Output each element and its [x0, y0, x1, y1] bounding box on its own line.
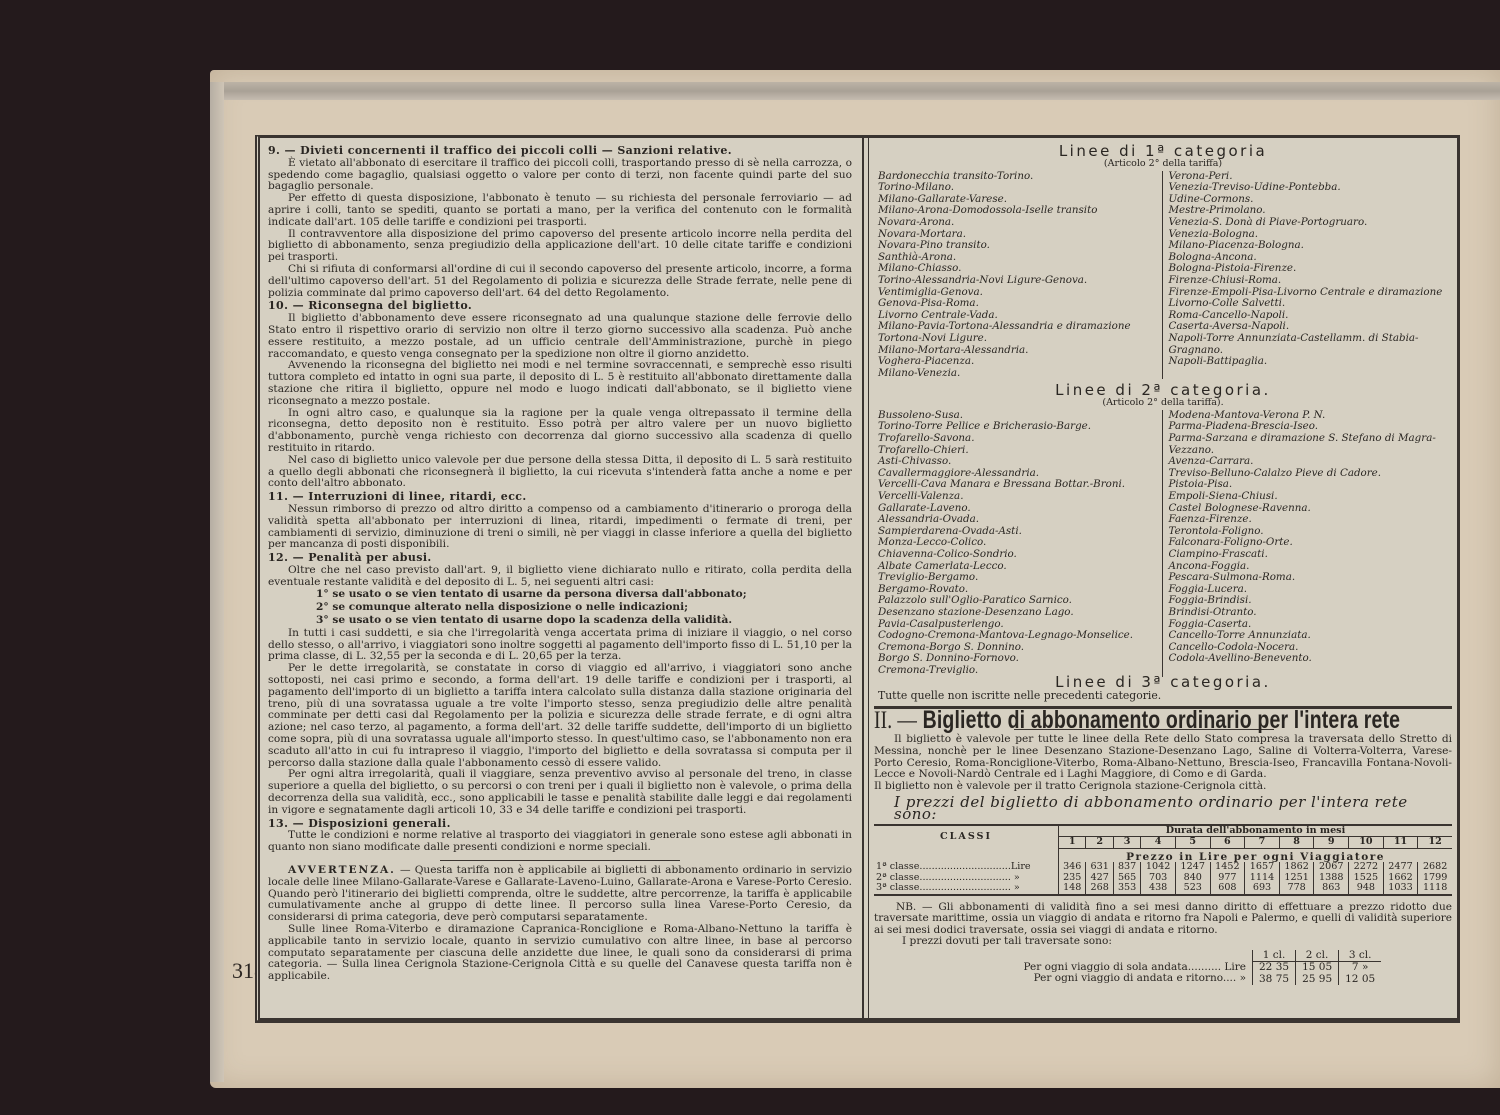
paragraph: Il biglietto non è valevole per il tratt…: [874, 781, 1452, 793]
section-10: 10. — Riconsegna del biglietto. Il bigli…: [268, 300, 852, 490]
prices-intro: I prezzi del biglietto di abbonamento or…: [894, 797, 1452, 821]
col-header: 1 cl.: [1253, 950, 1296, 962]
paragraph: Il biglietto è valevole per tutte le lin…: [874, 734, 1452, 781]
line-route: Torino-Alessandria-Novi Ligure-Genova.: [878, 275, 1162, 287]
price-subheader: Prezzo in Lire per ogni Viaggiatore: [1059, 848, 1453, 862]
price-cell: 523: [1175, 883, 1210, 895]
line-route: Codogno-Cremona-Mantova-Legnago-Monselic…: [878, 630, 1162, 642]
line-route: Codola-Avellino-Benevento.: [1169, 653, 1453, 665]
line-route: Novara-Arona.: [878, 217, 1162, 229]
month-header: 3: [1113, 837, 1140, 849]
paragraph: In tutti i casi suddetti, e sia che l'ir…: [268, 628, 852, 663]
traversate-prices: Per ogni viaggio di sola andata.........…: [874, 950, 1452, 985]
lines-list: Bussoleno-Susa.Torino-Torre Pellice e Br…: [874, 410, 1452, 677]
paragraph: Oltre che nel caso previsto dall'art. 9,…: [268, 565, 852, 589]
month-header: 4: [1141, 837, 1176, 849]
paragraph: Per effetto di questa disposizione, l'ab…: [268, 193, 852, 228]
paragraph: Sulle linee Roma-Viterbo e diramazione C…: [268, 924, 852, 983]
section-title: 11. — Interruzioni di linee, ritardi, ec…: [268, 491, 852, 503]
price-cell: 38 75: [1253, 974, 1296, 985]
line-route: Brindisi-Otranto.: [1169, 607, 1453, 619]
paragraph: In ogni altro caso, e qualunque sia la r…: [268, 408, 852, 455]
lines-column-2: Modena-Mantova-Verona P. N.Parma-Piadena…: [1162, 410, 1453, 677]
price-cell: 346: [1059, 862, 1086, 873]
line-route: Venezia-S. Donà di Piave-Portogruaro.: [1169, 217, 1453, 229]
price-cell: 1862: [1279, 862, 1314, 873]
price-cell: 1247: [1175, 862, 1210, 873]
month-header: 6: [1210, 837, 1245, 849]
lines-column-1: Bussoleno-Susa.Torino-Torre Pellice e Br…: [874, 410, 1162, 677]
paragraph: Tutte le condizioni e norme relative al …: [268, 830, 852, 854]
category-3: Linee di 3ª categoria. Tutte quelle non …: [874, 677, 1452, 703]
line-route: Firenze-Chiusi-Roma.: [1169, 275, 1453, 287]
price-cell: 778: [1279, 883, 1314, 895]
list-item: 3° se usato o se vien tentato di usarne …: [268, 615, 852, 627]
prices-table: CLASSI Durata dell'abbonamento in mesi 1…: [874, 824, 1452, 896]
paragraph: Il contravventore alla disposizione del …: [268, 229, 852, 264]
section-heading: Biglietto di abbonamento ordinario per l…: [923, 706, 1401, 734]
lines-column-1: Bardonecchia transito-Torino.Torino-Mila…: [874, 171, 1162, 380]
month-header: 5: [1175, 837, 1210, 849]
line-route: Genova-Pisa-Roma.: [878, 298, 1162, 310]
price-cell: 863: [1314, 883, 1349, 895]
line-route: Novara-Pino transito.: [878, 240, 1162, 252]
section-title: 9. — Divieti concernenti il traffico dei…: [268, 145, 852, 157]
month-header: 7: [1245, 837, 1280, 849]
avvertenza-heading: AVVERTENZA.: [288, 864, 396, 876]
paragraph: Chi si rifiuta di conformarsi all'ordine…: [268, 264, 852, 299]
line-route: Ciampino-Frascati.: [1169, 549, 1453, 561]
price-rows: 1ª classe..............................L…: [874, 862, 1452, 895]
category-1: Linee di 1ª categoria (Articolo 2° della…: [874, 146, 1452, 379]
class-label: 3ª classe.............................. …: [874, 883, 1059, 895]
line-route: Desenzano stazione-Desenzano Lago.: [878, 607, 1162, 619]
month-header: 1: [1059, 837, 1086, 849]
price-cell: 25 95: [1296, 974, 1339, 985]
line-route: Milano-Venezia.: [878, 368, 1162, 380]
price-cell: 438: [1141, 883, 1176, 895]
text-frame: 9. — Divieti concernenti il traffico dei…: [255, 135, 1460, 1023]
section-title: 12. — Penalità per abusi.: [268, 552, 852, 564]
line-route: Chiavenna-Colico-Sondrio.: [878, 549, 1162, 561]
left-column: 9. — Divieti concernenti il traffico dei…: [268, 144, 852, 983]
lines-list: Bardonecchia transito-Torino.Torino-Mila…: [874, 171, 1452, 380]
section-9: 9. — Divieti concernenti il traffico dei…: [268, 145, 852, 299]
classi-header: CLASSI: [874, 825, 1059, 849]
category-title: Linee di 1ª categoria: [874, 146, 1452, 158]
table-row: 3ª classe.............................. …: [874, 883, 1452, 895]
line-route: Trofarello-Savona.: [878, 433, 1162, 445]
nb-note: NB. — Gli abbonamenti di validità fino a…: [874, 902, 1452, 937]
price-cell: 2067: [1314, 862, 1349, 873]
right-column: Linee di 1ª categoria (Articolo 2° della…: [874, 146, 1452, 985]
price-cell: 837: [1113, 862, 1140, 873]
section-title: 10. — Riconsegna del biglietto.: [268, 300, 852, 312]
line-route: Milano-Pavia-Tortona-Alessandria e diram…: [878, 321, 1162, 344]
paragraph: AVVERTENZA. — Questa tariffa non è appli…: [268, 865, 852, 924]
table-row: 1ª classe..............................L…: [874, 862, 1452, 873]
class-label: 1ª classe..............................L…: [874, 862, 1059, 873]
month-header: 9: [1314, 837, 1349, 849]
price-cell: 2682: [1418, 862, 1452, 873]
price-cell: 12 05: [1339, 974, 1382, 985]
line-route: Napoli-Torre Annunziata-Castellamm. di S…: [1169, 333, 1453, 356]
line-route: Cancello-Torre Annunziata.: [1169, 630, 1453, 642]
month-header: 10: [1349, 837, 1384, 849]
price-cell: 2272: [1349, 862, 1384, 873]
price-cell: 2477: [1383, 862, 1418, 873]
paragraph: Per ogni altra irregolarità, quali il vi…: [268, 769, 852, 816]
price-cell: 608: [1210, 883, 1245, 895]
price-cell: 353: [1113, 883, 1140, 895]
col-header: 2 cl.: [1296, 950, 1339, 962]
paragraph: È vietato all'abbonato di esercitare il …: [268, 158, 852, 193]
section-12: 12. — Penalità per abusi. Oltre che nel …: [268, 552, 852, 817]
section-11: 11. — Interruzioni di linee, ritardi, ec…: [268, 491, 852, 551]
price-cell: 1118: [1418, 883, 1452, 895]
price-cell: 1657: [1245, 862, 1280, 873]
list-item: 2° se comunque alterato nella disposizio…: [268, 602, 852, 614]
paragraph: Per le dette irregolarità, se constatate…: [268, 663, 852, 769]
column-divider: [862, 138, 869, 1018]
price-cell: 1042: [1141, 862, 1176, 873]
section-number: II. —: [874, 707, 917, 734]
section-13: 13. — Disposizioni generali. Tutte le co…: [268, 818, 852, 854]
avvertenza: AVVERTENZA. — Questa tariffa non è appli…: [268, 865, 852, 983]
price-cell: 148: [1059, 883, 1086, 895]
divider: [440, 860, 680, 861]
month-header: 2: [1086, 837, 1113, 849]
month-header: 8: [1279, 837, 1314, 849]
traversate-table: 1 cl. 2 cl. 3 cl. 22 35 15 05 7 » 38 75 …: [1252, 950, 1381, 985]
section-ii: II. — Biglietto di abbonamento ordinario…: [874, 715, 1452, 985]
col-header: 3 cl.: [1339, 950, 1382, 962]
category-2: Linee di 2ª categoria. (Articolo 2° dell…: [874, 385, 1452, 676]
price-cell: 948: [1349, 883, 1384, 895]
line-route: Vercelli-Valenza.: [878, 491, 1162, 503]
section-title: 13. — Disposizioni generali.: [268, 818, 852, 830]
line-route: Milano-Piacenza-Bologna.: [1169, 240, 1453, 252]
category-title: Linee di 2ª categoria.: [874, 385, 1452, 397]
duration-header: Durata dell'abbonamento in mesi: [1059, 825, 1453, 837]
price-cell: 693: [1245, 883, 1280, 895]
paragraph: Avvenendo la riconsegna del biglietto ne…: [268, 360, 852, 407]
line-route: Voghera-Piacenza.: [878, 356, 1162, 368]
lines-column-2: Verona-Peri.Venezia-Treviso-Udine-Ponteb…: [1162, 171, 1453, 380]
line-route: Firenze-Empoli-Pisa-Livorno Centrale e d…: [1169, 287, 1453, 310]
traversate-intro: I prezzi dovuti per tali traversate sono…: [882, 936, 1452, 948]
month-header: 11: [1383, 837, 1418, 849]
paragraph: Nessun rimborso di prezzo od altro dirit…: [268, 504, 852, 551]
price-subheader-row: Prezzo in Lire per ogni Viaggiatore: [874, 848, 1452, 862]
traversate-label: Per ogni viaggio di andata e ritorno....…: [874, 973, 1246, 984]
price-cell: 631: [1086, 862, 1113, 873]
category-title: Linee di 3ª categoria.: [874, 677, 1452, 689]
line-route: Empoli-Siena-Chiusi.: [1169, 491, 1453, 503]
traversate-labels: Per ogni viaggio di sola andata.........…: [874, 950, 1252, 985]
page-edge-left: [210, 82, 224, 1082]
section-ii-title: II. — Biglietto di abbonamento ordinario…: [874, 715, 1325, 727]
list-item: 1° se usato o se vien tentato di usarne …: [268, 589, 852, 601]
line-route: Parma-Sarzana e diramazione S. Stefano d…: [1169, 433, 1453, 456]
category-text: Tutte quelle non iscritte nelle preceden…: [878, 690, 1452, 702]
category-subtitle: (Articolo 2° della tariffa).: [874, 397, 1452, 409]
category-subtitle: (Articolo 2° della tariffa): [874, 158, 1452, 170]
paragraph: Nel caso di biglietto unico valevole per…: [268, 455, 852, 490]
month-header: 12: [1418, 837, 1452, 849]
line-route: Napoli-Battipaglia.: [1169, 356, 1453, 368]
price-cell: 268: [1086, 883, 1113, 895]
price-cell: 1033: [1383, 883, 1418, 895]
price-cell: 1452: [1210, 862, 1245, 873]
page-edge-top: [212, 82, 1500, 100]
paragraph: Il biglietto d'abbonamento deve essere r…: [268, 313, 852, 360]
